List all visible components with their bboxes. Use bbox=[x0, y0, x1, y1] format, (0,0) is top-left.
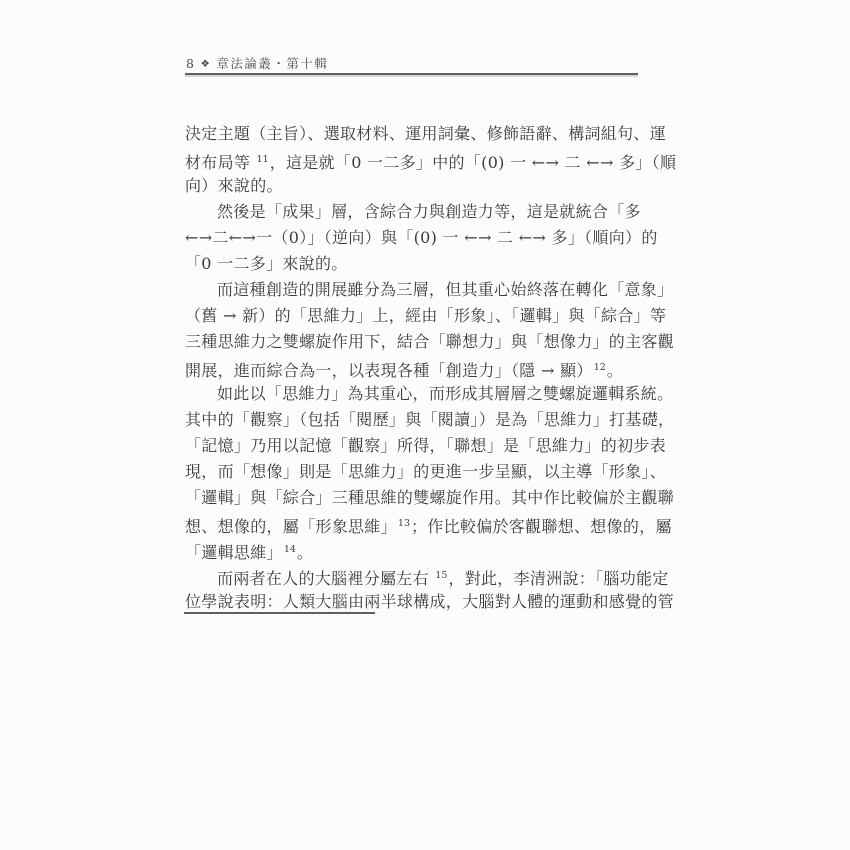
body-text-run: ，對此，李清洲說：「腦功能定 bbox=[448, 569, 668, 588]
footnote-marker: 13 bbox=[398, 518, 410, 529]
body-text-run: 材布局等 bbox=[185, 153, 256, 172]
running-title: 章法論叢・第十輯 bbox=[216, 56, 328, 71]
body-line: 「0 一二多」來說的。 bbox=[185, 251, 667, 277]
body-text-run: 向）來說的。 bbox=[185, 176, 283, 195]
body-line: 而兩者在人的大腦裡分屬左右 15，對此，李清洲說：「腦功能定 bbox=[185, 563, 667, 589]
header-rule bbox=[185, 73, 638, 75]
body-line: ←→二←→一（0）」（逆向）與「(0) 一 ←→ 二 ←→ 多」（順向）的 bbox=[185, 225, 667, 251]
body-line: 三種思維力之雙螺旋作用下，結合「聯想力」與「想像力」的主客觀 bbox=[185, 329, 667, 355]
body-text-run: 位學說表明：人類大腦由兩半球構成，大腦對人體的運動和感覺的管 bbox=[185, 592, 674, 611]
body-line: 「邏輯思維」14。 bbox=[185, 537, 667, 563]
footnote-marker: 14 bbox=[284, 544, 296, 555]
footnote-marker: 11 bbox=[257, 154, 269, 165]
body-text-run: （舊 → 新）的「思維力」上，經由「形象」、「邏輯」與「綜合」等 bbox=[185, 306, 666, 325]
body-text-run: 。 bbox=[297, 543, 313, 562]
body-text-run: 「0 一二多」來說的。 bbox=[185, 254, 348, 273]
body-line: （舊 → 新）的「思維力」上，經由「形象」、「邏輯」與「綜合」等 bbox=[185, 303, 667, 329]
footnote-separator bbox=[184, 612, 375, 614]
body-text-run: 。 bbox=[607, 361, 623, 380]
body-line: 而這種創造的開展雖分為三層，但其重心始終落在轉化「意象」 bbox=[185, 277, 667, 303]
body-text: 決定主題（主旨）、選取材料、運用詞彙、修飾語辭、構詞組句、運材布局等 11，這是… bbox=[185, 121, 667, 615]
book-page: 8❖章法論叢・第十輯 決定主題（主旨）、選取材料、運用詞彙、修飾語辭、構詞組句、… bbox=[0, 0, 850, 850]
body-text-run: 開展，進而綜合為一，以表現各種「創造力」（隱 → 顯） bbox=[185, 361, 593, 380]
body-text-run: ；作比較偏於客觀聯想、想像的，屬 bbox=[411, 517, 672, 536]
body-text-run: 而兩者在人的大腦裡分屬左右 bbox=[217, 569, 434, 588]
body-text-run: 「邏輯思維」 bbox=[185, 543, 283, 562]
body-text-run: 現，而「想像」則是「思維力」的更進一步呈顯，以主導「形象」、 bbox=[185, 462, 666, 481]
body-line: 開展，進而綜合為一，以表現各種「創造力」（隱 → 顯）12。 bbox=[185, 355, 667, 381]
diamond-ornament-icon: ❖ bbox=[200, 58, 211, 70]
body-text-run: 三種思維力之雙螺旋作用下，結合「聯想力」與「想像力」的主客觀 bbox=[185, 332, 674, 351]
body-line: 想、想像的，屬「形象思維」13；作比較偏於客觀聯想、想像的，屬 bbox=[185, 511, 667, 537]
body-text-run: ←→二←→一（0）」（逆向）與「(0) 一 ←→ 二 ←→ 多」（順向）的 bbox=[185, 228, 658, 247]
body-line: 材布局等 11，這是就「0 一二多」中的「(0) 一 ←→ 二 ←→ 多」（順 bbox=[185, 147, 667, 173]
body-text-run: 如此以「思維力」為其重心，而形成其層層之雙螺旋邏輯系統。 bbox=[217, 384, 673, 403]
body-text-run: ，這是就「0 一二多」中的「(0) 一 ←→ 二 ←→ 多」（順 bbox=[270, 153, 677, 172]
body-line: 其中的「觀察」（包括「閱歷」與「閱讀」）是為「思維力」打基礎， bbox=[185, 407, 667, 433]
body-line: 「記憶」乃用以記憶「觀察」所得，「聯想」是「思維力」的初步表 bbox=[185, 433, 667, 459]
body-line: 向）來說的。 bbox=[185, 173, 667, 199]
footnote-marker: 15 bbox=[435, 570, 447, 581]
body-text-run: 「邏輯」與「綜合」三種思維的雙螺旋作用。其中作比較偏於主觀聯 bbox=[185, 488, 674, 507]
body-text-run: 然後是「成果」層，含綜合力與創造力等，這是就統合「多 bbox=[217, 202, 641, 221]
body-line: 如此以「思維力」為其重心，而形成其層層之雙螺旋邏輯系統。 bbox=[185, 381, 667, 407]
body-line: 「邏輯」與「綜合」三種思維的雙螺旋作用。其中作比較偏於主觀聯 bbox=[185, 485, 667, 511]
body-text-run: 其中的「觀察」（包括「閱歷」與「閱讀」）是為「思維力」打基礎， bbox=[185, 410, 674, 429]
body-text-run: 想、想像的，屬「形象思維」 bbox=[185, 517, 397, 536]
body-line: 然後是「成果」層，含綜合力與創造力等，這是就統合「多 bbox=[185, 199, 667, 225]
running-header: 8❖章法論叢・第十輯 bbox=[186, 54, 646, 72]
body-text-run: 而這種創造的開展雖分為三層，但其重心始終落在轉化「意象」 bbox=[217, 280, 673, 299]
body-text-run: 「記憶」乃用以記憶「觀察」所得，「聯想」是「思維力」的初步表 bbox=[185, 436, 666, 455]
body-text-run: 決定主題（主旨）、選取材料、運用詞彙、修飾語辭、構詞組句、運 bbox=[185, 124, 666, 143]
page-number: 8 bbox=[186, 56, 195, 71]
body-line: 現，而「想像」則是「思維力」的更進一步呈顯，以主導「形象」、 bbox=[185, 459, 667, 485]
body-line: 決定主題（主旨）、選取材料、運用詞彙、修飾語辭、構詞組句、運 bbox=[185, 121, 667, 147]
footnote-marker: 12 bbox=[594, 362, 606, 373]
